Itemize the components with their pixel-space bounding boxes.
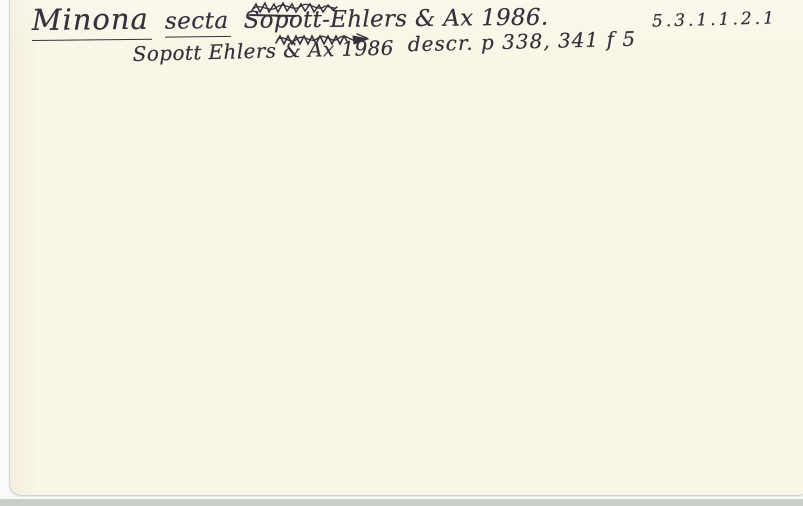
scanner-edge-band <box>0 499 803 506</box>
catalog-code: 5.3.1.1.2.1 <box>652 8 777 31</box>
reference-pages: descr. p 338, 341 f 5 <box>408 27 637 57</box>
reference-citation: Sopott Ehlers & Ax 1986 <box>132 36 394 66</box>
species-epithet: secta <box>165 8 231 38</box>
scanned-index-card-page: Minona secta Sopott-Ehlers & Ax 1986. 5.… <box>0 0 803 506</box>
handwriting-layer: Minona secta Sopott-Ehlers & Ax 1986. 5.… <box>0 0 803 506</box>
crossout-scribble-icon <box>249 0 339 18</box>
genus-name: Minona <box>32 2 152 41</box>
